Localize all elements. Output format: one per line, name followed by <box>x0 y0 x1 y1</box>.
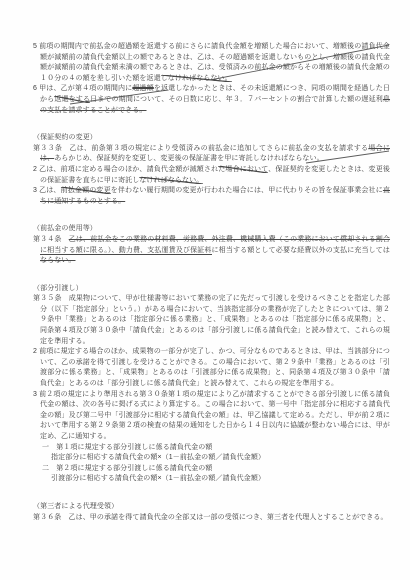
struck-text-run: 乙は、前払金をこの業務の材料費、労務費、外注費、機械購入費（この業務において償却… <box>69 236 390 243</box>
text-run: 第３３条 乙は、前条第３項の規定により受領済みの前払金に追加してさらに前払金の支… <box>33 145 368 152</box>
text-run: （部分引渡し） <box>33 285 83 292</box>
struck-text-run: に相当する額に限る。）、動力費、支払運賃及び保証料 <box>40 247 212 255</box>
article-36-paragraph-1: 第３６条 乙は、甲の承諾を得て請負代金の全部又は一部の受領につき、第三者を代理人… <box>33 513 390 524</box>
struck-text-run: 前払金額の変更 <box>61 187 111 194</box>
text-run: 3 乙は、 <box>33 187 61 194</box>
struck-text-run: た場合において <box>218 166 268 173</box>
article-35-paragraph-2: 2 前項に規定する場合のほか、成果物の一部分が完了し、かつ、可分なものであるとき… <box>33 347 390 389</box>
text-run: に相当する額として必要な経費以外の支払に充当しては <box>212 247 390 254</box>
text-run: 第３５条 成果物について、甲が仕様書等において業務の完了に先だって引渡しを受ける… <box>33 295 390 344</box>
article-33-paragraph-2: 2 乙は、前項に定める場合のほか、請負代金額が減額された場合において、保証契約を… <box>33 165 390 186</box>
text-run: 2 前項に規定する場合のほか、成果物の一部分が完了し、かつ、可分なものであるとき… <box>33 348 390 387</box>
struck-text-run: なければならない。 <box>139 177 203 184</box>
text-run: 日までの期間について、その日数に応じ、年３．７パーセントの割合で計算した額の遅延… <box>90 96 383 103</box>
article-35-formula-2: 引渡部分に相応する請負代金の額×（1－前払金の額／請負代金額） <box>51 474 390 485</box>
article-35-paragraph-3: 3 前２項の規定により準用される第３０条第１項の規定により乙が請求することができ… <box>33 390 390 443</box>
document-content: 5 前項の期間内で前払金の超過額を返還する前にさらに請負代金額を増額した場合にお… <box>33 42 390 523</box>
text-run: 3 前２項の規定により準用される第３０条第１項の規定により乙が請求することができ… <box>33 391 390 440</box>
section-heading-maebaraikin-shiyo: （前払金の使用等） <box>33 224 390 235</box>
text-run: 指定部分に相応する請負代金の額×（1－前払金の額／請負代金額） <box>51 454 265 461</box>
text-run: 2 乙は、前項に定める場合のほか、請負代金額が減額され <box>33 166 218 173</box>
text-run: 引渡部分に相応する請負代金の額×（1－前払金の額／請負代金額） <box>51 475 265 482</box>
text-run: （第三者による代理受領） <box>33 503 118 510</box>
struck-text-run: しなければならない。 <box>161 75 232 82</box>
text-run: を伴わない履行期間の変更が行われた場合には、甲に代わりその旨を保証事業会社に <box>111 187 383 194</box>
section-heading-dairi-juryo: （第三者による代理受領） <box>33 502 390 513</box>
clause-paragraph-6: 6 甲は、乙が第４項の期間内に超過額を返還しなかったときは、その未返還額につき、… <box>33 84 390 116</box>
text-run: （保証契約の変更） <box>33 134 97 141</box>
text-run: 第３４条 <box>33 236 69 243</box>
contract-page: 5 前項の期間内で前払金の超過額を返還する前にさらに請負代金額を増額した場合にお… <box>0 0 410 580</box>
section-heading-bubun-hikiwatashi: （部分引渡し） <box>33 284 390 295</box>
article-33-paragraph-1: 第３３条 乙は、前条第３項の規定により受領済みの前払金に追加してさらに前払金の支… <box>33 144 390 165</box>
struck-text-run: ならない。 <box>40 257 76 264</box>
article-34-paragraph-1: 第３４条 乙は、前払金をこの業務の材料費、労務費、外注費、機械購入費（この業務に… <box>33 235 390 267</box>
text-run: 6 甲は、乙が第４項の期間内に <box>33 85 132 92</box>
struck-text-run: 超過額 <box>132 85 154 92</box>
section-heading-hoshokeiyaku: （保証契約の変更） <box>33 133 390 144</box>
article-35-paragraph-1: 第３５条 成果物について、甲が仕様書等において業務の完了に先だって引渡しを受ける… <box>33 294 390 347</box>
clause-paragraph-5: 5 前項の期間内で前払金の超過額を返還する前にさらに請負代金額を増額した場合にお… <box>33 42 390 84</box>
text-run: 第３６条 乙は、甲の承諾を得て請負代金の全部又は一部の受領につき、第三者を代理人… <box>33 514 388 521</box>
text-run: （前払金の使用等） <box>33 225 97 232</box>
text-run: 一 第１項に規定する部分引渡しに係る請負代金の額 <box>42 444 212 451</box>
article-35-formula-1: 指定部分に相応する請負代金の額×（1－前払金の額／請負代金額） <box>51 453 390 464</box>
struck-text-run: 返還をする <box>54 96 90 103</box>
article-33-paragraph-3: 3 乙は、前払金額の変更を伴わない履行期間の変更が行われた場合には、甲に代わりそ… <box>33 186 390 207</box>
article-35-item-1: 一 第１項に規定する部分引渡しに係る請負代金の額 <box>42 443 390 454</box>
text-run: あらかじめ、保証契約を変更し、変更後の保証証書を甲に寄託しなければならない。 <box>54 155 324 162</box>
text-run: 二 第２項に規定する部分引渡しに係る請負代金の額 <box>42 465 212 472</box>
article-35-item-2: 二 第２項に規定する部分引渡しに係る請負代金の額 <box>42 464 390 475</box>
